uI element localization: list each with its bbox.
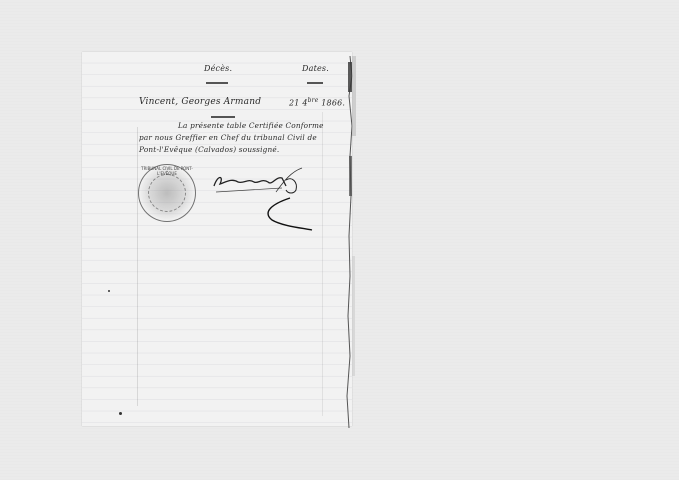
date-month-sup: bre bbox=[308, 97, 319, 104]
heading-underline-deces bbox=[206, 82, 228, 84]
left-margin-line bbox=[137, 127, 138, 406]
seal-inner-ring bbox=[148, 174, 186, 212]
ink-spot bbox=[119, 412, 122, 415]
ink-spot bbox=[108, 290, 110, 292]
column-heading-dates: Dates. bbox=[302, 64, 329, 73]
ruled-lines bbox=[82, 52, 352, 426]
torn-edge-decoration bbox=[344, 56, 356, 428]
right-margin-line bbox=[322, 112, 323, 416]
seal-text: TRIBUNAL CIVIL DE PONT-L'EVÊQUE bbox=[139, 166, 195, 176]
column-heading-deces: Décès. bbox=[204, 64, 232, 73]
certification-line-2: par nous Greffier en Chef du tribunal Ci… bbox=[139, 133, 317, 142]
entry-date: 21 4bre 1866. bbox=[289, 97, 345, 108]
certification-line-1: La présente table Certifiée Conforme bbox=[178, 121, 324, 130]
date-day: 21 bbox=[289, 99, 300, 108]
entry-name: Vincent, Georges Armand bbox=[139, 97, 261, 107]
certification-line-3: Pont-l'Evêque (Calvados) soussigné. bbox=[139, 145, 279, 154]
heading-underline-dates bbox=[307, 82, 323, 84]
separator-rule bbox=[211, 116, 235, 118]
signature-icon bbox=[212, 164, 322, 234]
official-seal: TRIBUNAL CIVIL DE PONT-L'EVÊQUE bbox=[138, 164, 196, 222]
document-page bbox=[82, 52, 352, 426]
date-year: 1866. bbox=[321, 99, 345, 108]
